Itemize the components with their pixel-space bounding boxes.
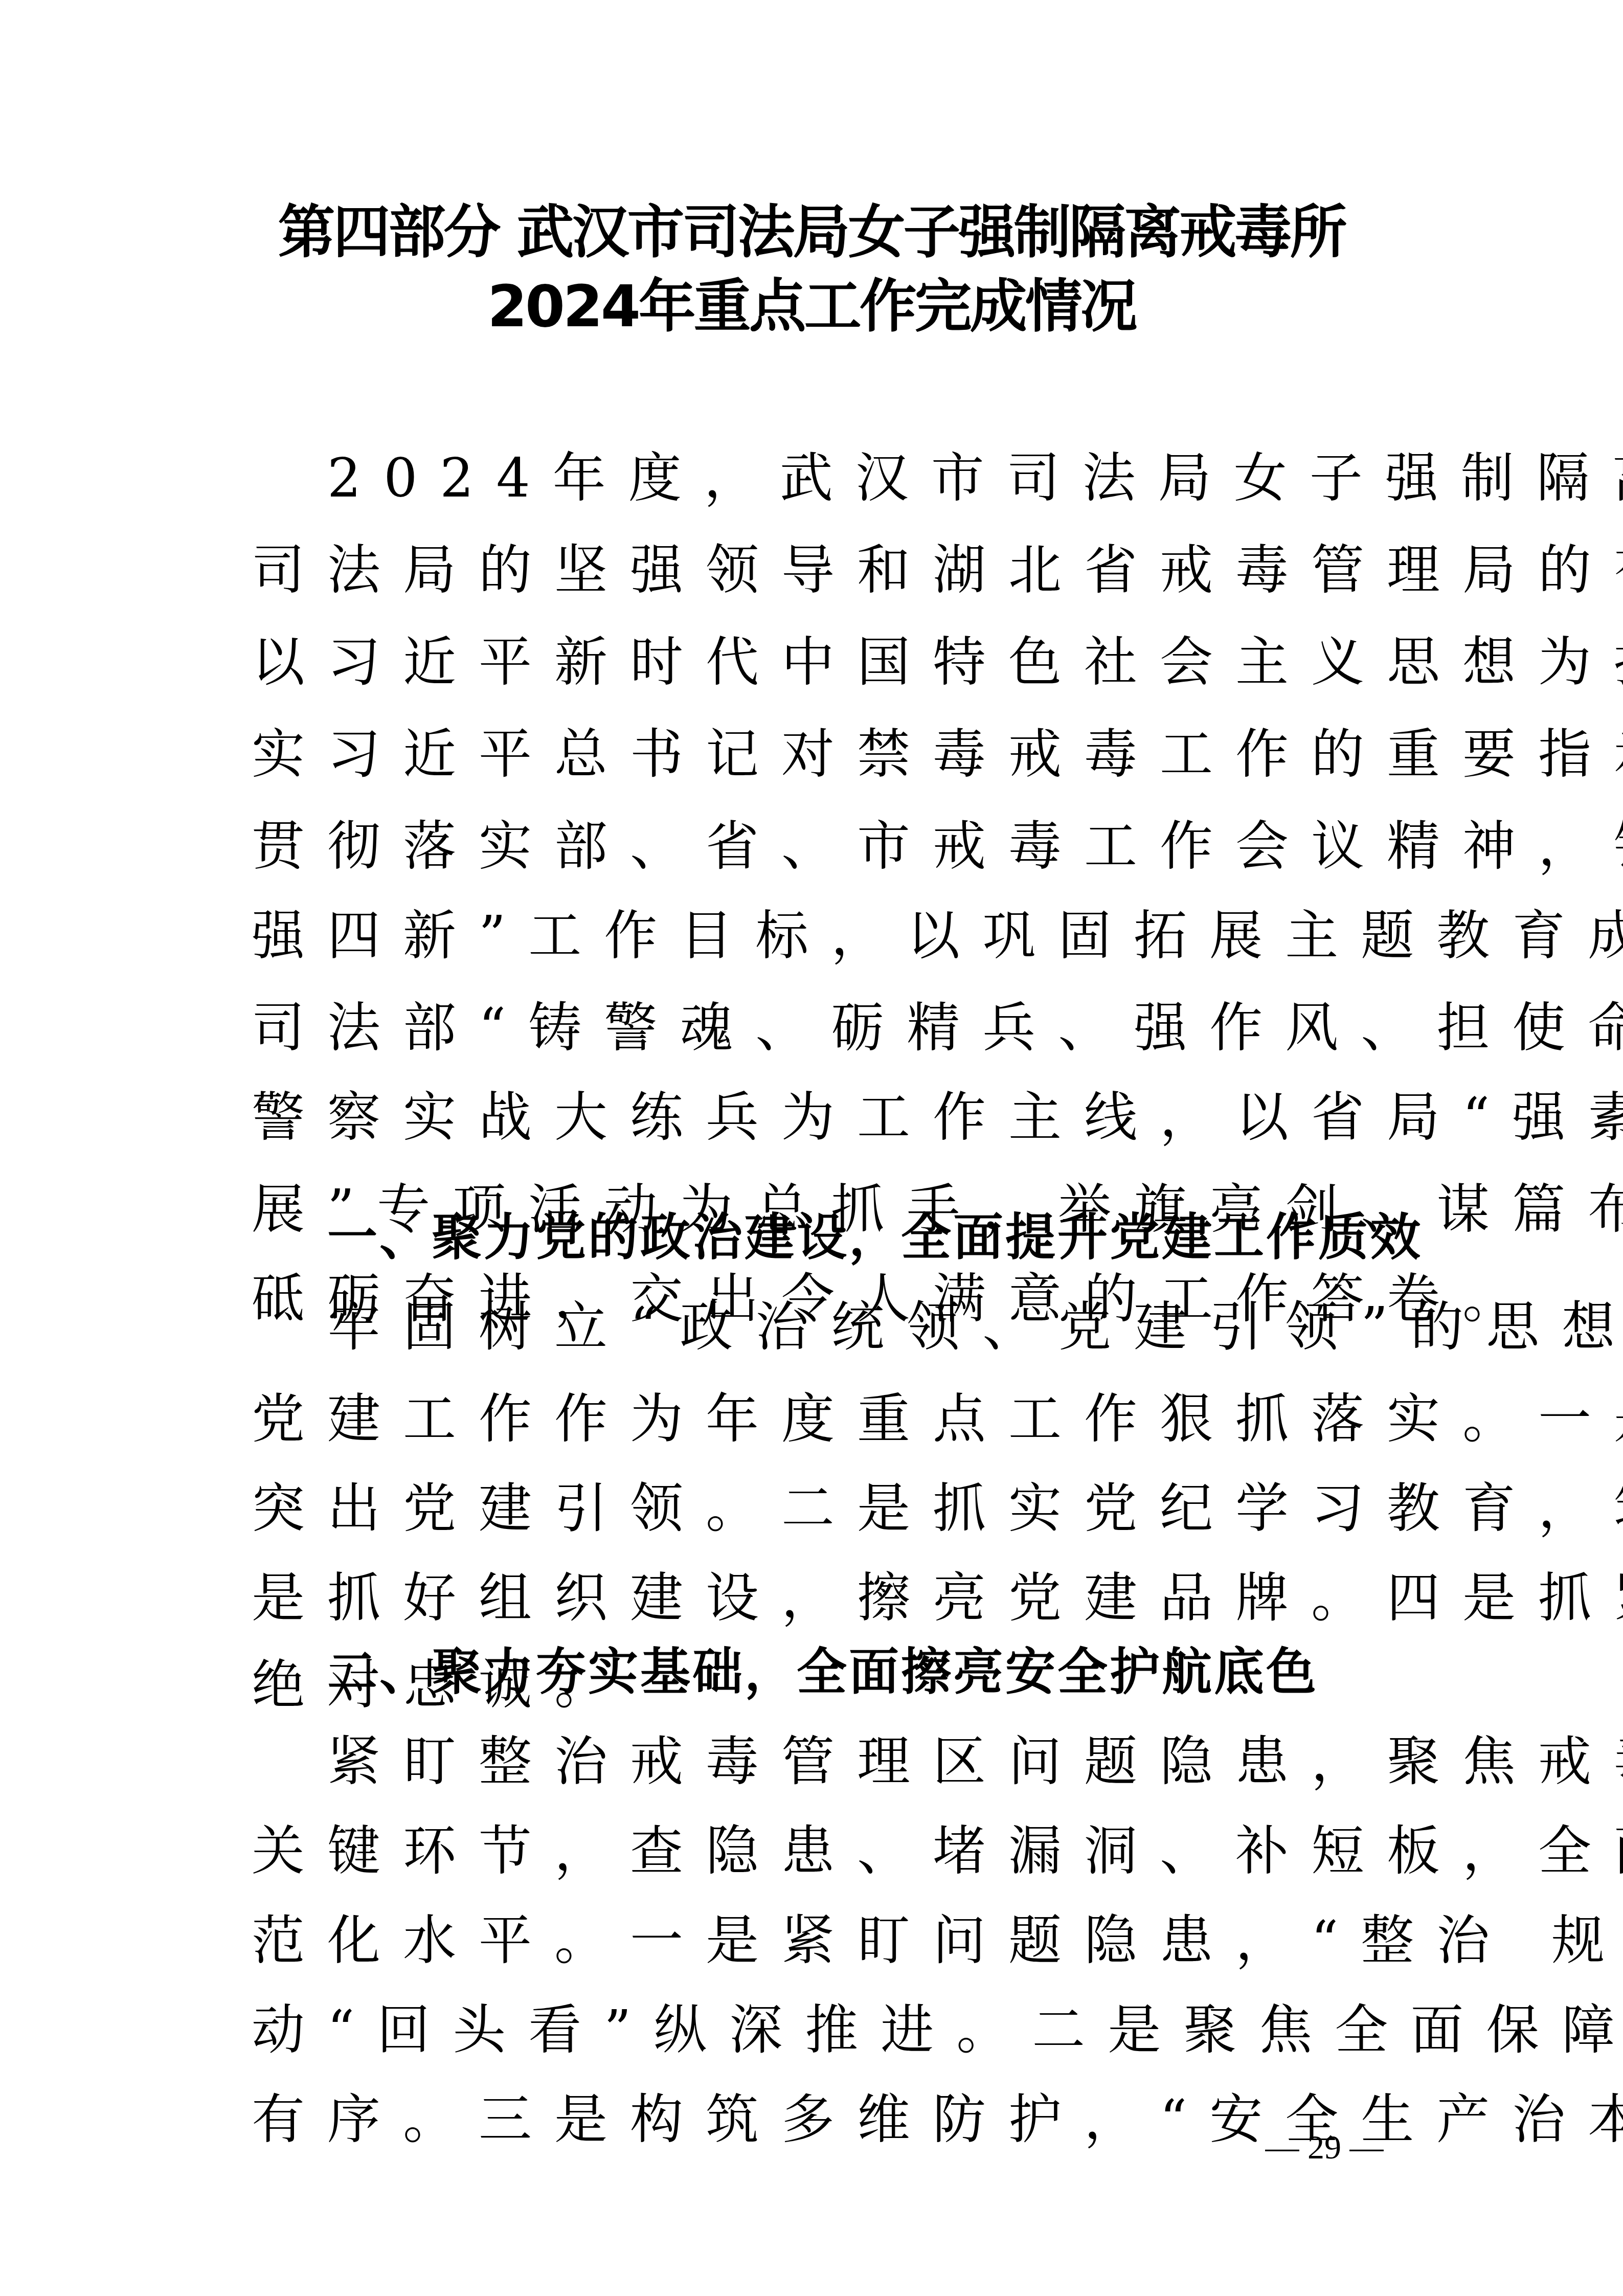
document-title-line-2: 2024年重点工作完成情况 — [0, 271, 1623, 343]
document-page: 第四部分 武汉市司法局女子强制隔离戒毒所 2024年重点工作完成情况 2024年… — [0, 0, 1623, 2296]
paragraph-line: 关键环节，查隐患、堵漏洞、补短板，全面提高戒毒执法规 — [252, 1813, 1393, 1889]
paragraph-line: 2024年度，武汉市司法局女子强制隔离戒毒所在武汉市 — [327, 440, 1393, 516]
paragraph-line: 司法局的坚强领导和湖北省戒毒管理局的有力指导下，坚持 — [252, 532, 1393, 609]
paragraph-line: 范化水平。一是紧盯问题隐患，“整治 规范 提升”专项活 — [252, 1902, 1393, 1979]
paragraph-line: 贯彻落实部、省、市戒毒工作会议精神，锚定年初制定的“四 — [252, 808, 1393, 885]
paragraph-line: 牢固树立“政治统领、党建引领”的思想，一以贯之将 — [327, 1289, 1393, 1365]
section-heading: 一、聚力党的政治建设，全面提升党建工作质效 — [327, 1199, 1423, 1276]
section-heading: 二、聚力夯实基础，全面擦亮安全护航底色 — [327, 1634, 1318, 1710]
paragraph-line: 司法部“铸警魂、砺精兵、强作风、担使命”为主题的人民 — [252, 989, 1393, 1066]
paragraph-line: 以习近平新时代中国特色社会主义思想为指导，深入贯彻落 — [252, 624, 1393, 701]
paragraph-line: 突出党建引领。二是抓实党纪学习教育，筑牢思想防线。三 — [252, 1470, 1393, 1547]
paragraph-line: 有序。三是构筑多维防护，“安全生产治本攻坚三年行动” — [252, 2081, 1393, 2158]
paragraph-line: 党建工作作为年度重点工作狠抓落实。一是抓牢政治建设， — [252, 1381, 1393, 1457]
document-title-line-1: 第四部分 武汉市司法局女子强制隔离戒毒所 — [0, 197, 1623, 268]
paragraph-line: 紧盯整治戒毒管理区问题隐患，聚焦戒毒执法工作中的 — [327, 1723, 1393, 1800]
paragraph-line: 警察实战大练兵为工作主线，以省局“强素质 迎挑战 抓发 — [252, 1079, 1393, 1156]
paragraph-line: 动“回头看”纵深推进。二是聚焦全面保障，专项收治稳中 — [252, 1992, 1393, 2068]
paragraph-line: 是抓好组织建设，擦亮党建品牌。四是抓紧意识形态，确保 — [252, 1560, 1393, 1636]
paragraph-line: 强四新”工作目标，以巩固拓展主题教育成果为总牵引，以 — [252, 897, 1393, 974]
page-number: — 29 — — [1263, 2125, 1386, 2171]
paragraph-line: 实习近平总书记对禁毒戒毒工作的重要指示批示精神，认真 — [252, 716, 1393, 793]
